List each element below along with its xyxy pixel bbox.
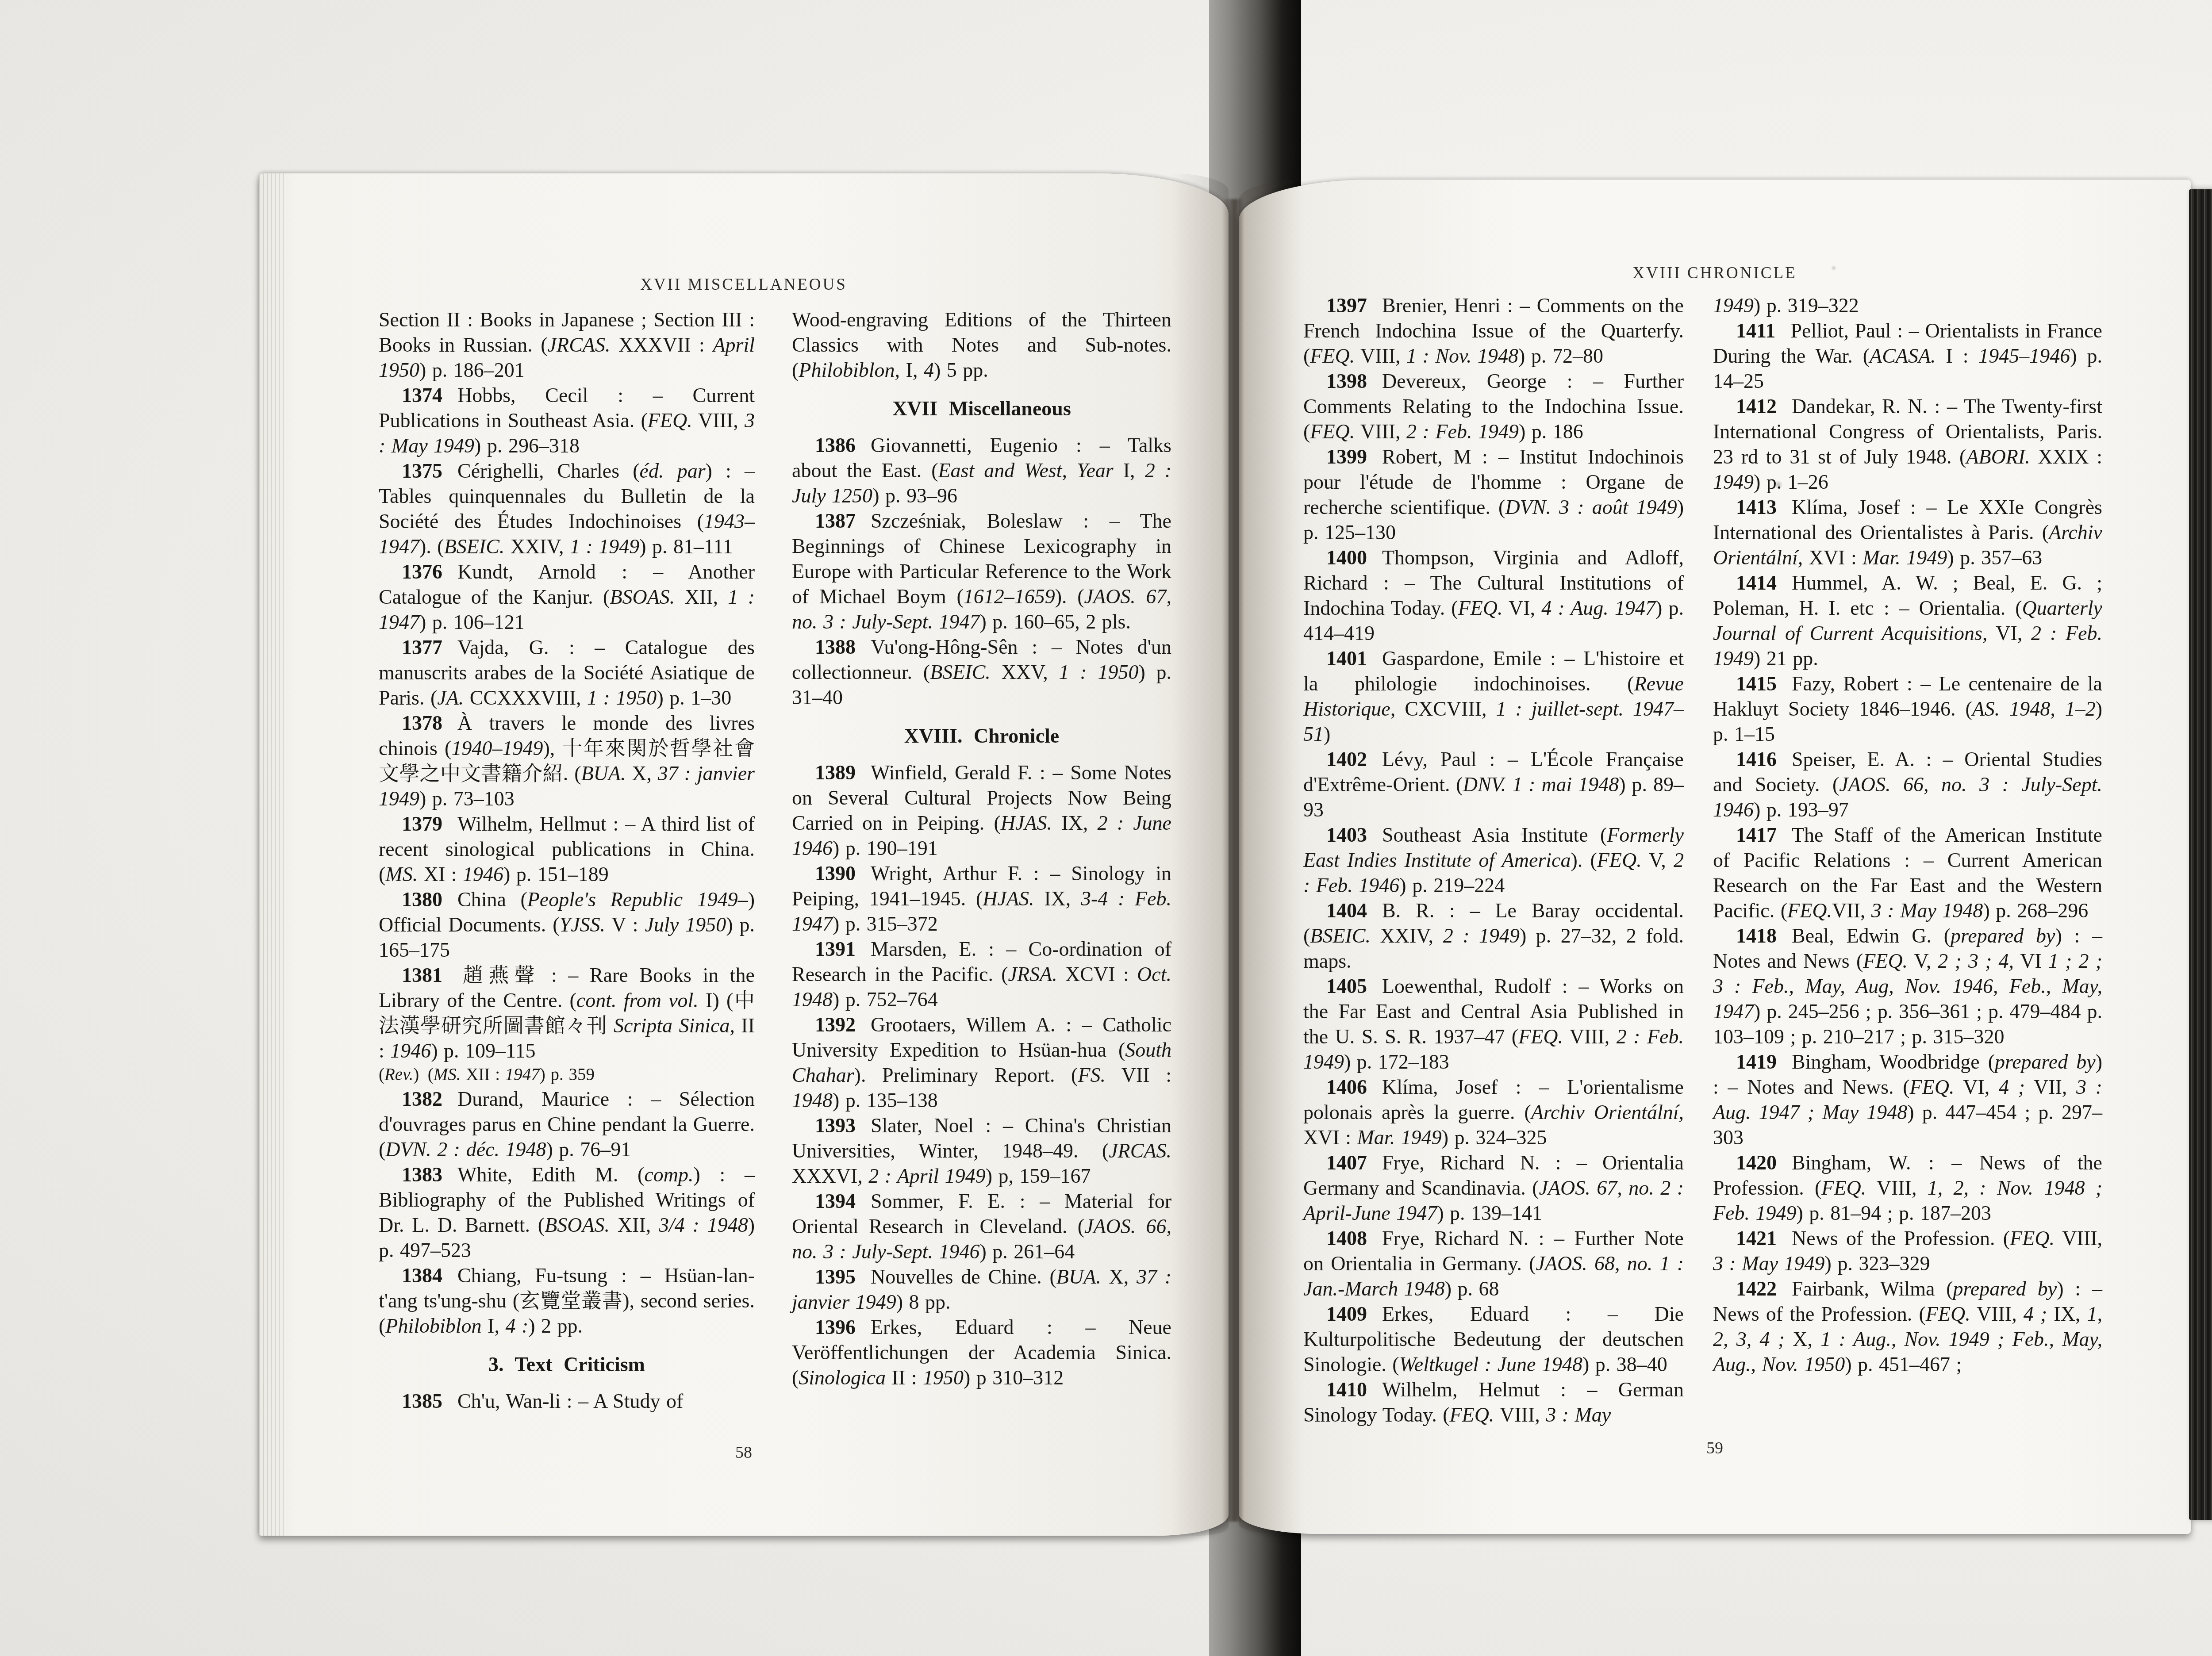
bib-entry: 1409Erkes, Eduard : – Die Kulturpolitisc… xyxy=(1303,1301,1684,1377)
running-head-right: XVIII CHRONICLE xyxy=(1239,264,2191,283)
bib-entry: Wood-engraving Editions of the Thirteen … xyxy=(792,307,1171,383)
bib-entry: 1416Speiser, E. A. : – Oriental Studies … xyxy=(1713,747,2102,822)
bib-entry: 1422Fairbank, Wilma (prepared by) : – Ne… xyxy=(1713,1276,2102,1377)
bibliography-column-left-2: Wood-engraving Editions of the Thirteen … xyxy=(792,307,1171,1390)
bib-entry: 1387Szcześniak, Boleslaw : – The Beginni… xyxy=(792,508,1171,634)
bib-entry: 1397Brenier, Henri : – Comments on the F… xyxy=(1303,293,1684,368)
bib-entry: 1379Wilhelm, Hellmut : – A third list of… xyxy=(379,811,755,887)
bib-entry: 1421News of the Profession. (FEQ. VIII, … xyxy=(1713,1226,2102,1276)
bib-entry: 1376Kundt, Arnold : – Another Catalogue … xyxy=(379,559,755,635)
bib-entry: 1413Klíma, Josef : – Le XXIe Congrès Int… xyxy=(1713,494,2102,570)
page-number-right: 59 xyxy=(1239,1438,2191,1458)
bib-entry: 1405Loewenthal, Rudolf : – Works on the … xyxy=(1303,974,1684,1074)
bib-entry: 1394Sommer, F. E. : – Material for Orien… xyxy=(792,1188,1171,1264)
bib-entry: 1408Frye, Richard N. : – Further Note on… xyxy=(1303,1226,1684,1301)
bib-entry: 1399Robert, M : – Institut Indochinois p… xyxy=(1303,444,1684,545)
bibliography-column-right-2: 1949) p. 319–3221411Pelliot, Paul : – Or… xyxy=(1713,293,2102,1377)
bib-entry: 1404B. R. : – Le Baray occidental. (BSEI… xyxy=(1303,898,1684,974)
bib-entry: Section II : Books in Japanese ; Section… xyxy=(379,307,755,383)
section-heading: 3. Text Criticism xyxy=(379,1352,755,1377)
bib-entry: 1393Slater, Noel : – China's Christian U… xyxy=(792,1113,1171,1188)
bib-entry: 1388Vu'ong-Hông-Sên : – Notes d'un colle… xyxy=(792,634,1171,710)
bib-entry: 1386Giovannetti, Eugenio : – Talks about… xyxy=(792,433,1171,508)
bib-entry: 1389Winfield, Gerald F. : – Some Notes o… xyxy=(792,760,1171,861)
bib-entry: 1402Lévy, Paul : – L'École Française d'E… xyxy=(1303,747,1684,822)
page-stack-edge xyxy=(259,173,286,1536)
bib-entry: 1407Frye, Richard N. : – Orientalia Germ… xyxy=(1303,1150,1684,1226)
running-head-left: XVII MISCELLANEOUS xyxy=(259,275,1229,294)
bib-entry: 1375Cérighelli, Charles (éd. par) : – Ta… xyxy=(379,458,755,559)
bib-entry: 1410Wilhelm, Helmut : – German Sinology … xyxy=(1303,1377,1684,1427)
bib-entry: 1415Fazy, Robert : – Le centenaire de la… xyxy=(1713,671,2102,747)
bib-entry: 1419Bingham, Woodbridge (prepared by) : … xyxy=(1713,1049,2102,1150)
bib-entry: 1380China (People's Republic 1949–) Offi… xyxy=(379,887,755,962)
bib-entry: 1418Beal, Edwin G. (prepared by) : – Not… xyxy=(1713,923,2102,1049)
bib-entry: 1420Bingham, W. : – News of the Professi… xyxy=(1713,1150,2102,1226)
bib-entry: 1414Hummel, A. W. ; Beal, E. G. ; Polema… xyxy=(1713,570,2102,671)
bib-entry: 1374Hobbs, Cecil : – Current Publication… xyxy=(379,383,755,458)
bib-entry: 1392Grootaers, Willem A. : – Catholic Un… xyxy=(792,1012,1171,1113)
bib-entry: 1949) p. 319–322 xyxy=(1713,293,2102,318)
section-heading: XVIII. Chronicle xyxy=(792,723,1171,748)
bib-entry: 1403Southeast Asia Institute (Formerly E… xyxy=(1303,822,1684,898)
bib-entry: 1406Klíma, Josef : – L'orientalisme polo… xyxy=(1303,1074,1684,1150)
bib-entry: 1391Marsden, E. : – Co-ordination of Res… xyxy=(792,936,1171,1012)
bibliography-column-right-1: 1397Brenier, Henri : – Comments on the F… xyxy=(1303,293,1684,1427)
bib-entry: 1396Erkes, Eduard : – Neue Veröffentlich… xyxy=(792,1315,1171,1390)
bib-entry: 1411Pelliot, Paul : – Orientalists in Fr… xyxy=(1713,318,2102,394)
bib-entry: 1400Thompson, Virginia and Adloff, Richa… xyxy=(1303,545,1684,646)
bib-entry: (Rev.) (MS. XII : 1947) p. 359 xyxy=(379,1063,755,1086)
bib-entry: 1381趙燕聲 : – Rare Books in the Library of… xyxy=(379,962,755,1063)
bib-entry: 1401Gaspardone, Emile : – L'histoire et … xyxy=(1303,646,1684,747)
bib-entry: 1417The Staff of the American Institute … xyxy=(1713,822,2102,923)
bib-entry: 1385Ch'u, Wan-li : – A Study of xyxy=(379,1388,755,1414)
book-gutter xyxy=(1222,199,1243,1522)
page-fore-edge xyxy=(2189,189,2212,1520)
bib-entry: 1390Wright, Arthur F. : – Sinology in Pe… xyxy=(792,861,1171,936)
bib-entry: 1412Dandekar, R. N. : – The Twenty-first… xyxy=(1713,394,2102,494)
section-heading: XVII Miscellaneous xyxy=(792,396,1171,421)
bibliography-column-left-1: Section II : Books in Japanese ; Section… xyxy=(379,307,755,1414)
bib-entry: 1384Chiang, Fu-tsung : – Hsüan-lan-t'ang… xyxy=(379,1263,755,1338)
bib-entry: 1382Durand, Maurice : – Sélection d'ouvr… xyxy=(379,1086,755,1162)
bib-entry: 1383White, Edith M. (comp.) : – Bibliogr… xyxy=(379,1162,755,1263)
bib-entry: 1398Devereux, George : – Further Comment… xyxy=(1303,368,1684,444)
bib-entry: 1395Nouvelles de Chine. (BUA. X, 37 : ja… xyxy=(792,1264,1171,1315)
bib-entry: 1377Vajda, G. : – Catalogue des manuscri… xyxy=(379,635,755,710)
page-number-left: 58 xyxy=(259,1443,1229,1462)
bib-entry: 1378À travers le monde des livres chinoi… xyxy=(379,710,755,811)
scanned-book-photo: XVII MISCELLANEOUS XVIII CHRONICLE Secti… xyxy=(0,0,2212,1656)
